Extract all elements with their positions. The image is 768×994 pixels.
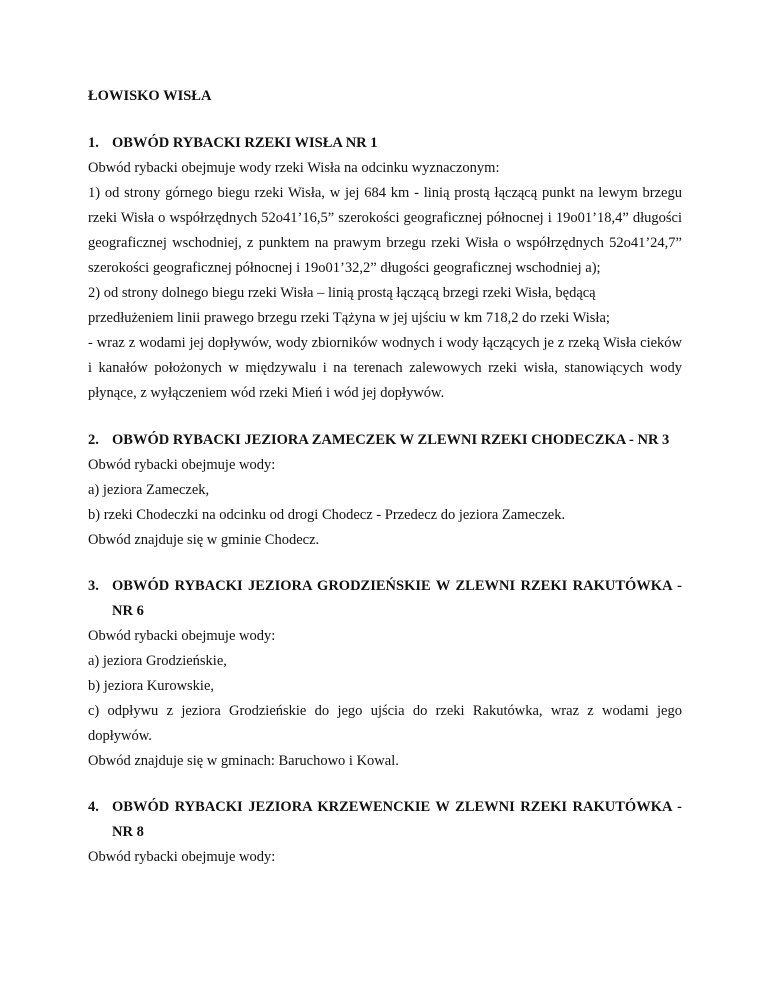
section-heading: 1. OBWÓD RYBACKI RZEKI WISŁA NR 1	[88, 131, 682, 156]
paragraph: Obwód znajduje się w gminie Chodecz.	[88, 528, 682, 553]
section-2: 2. OBWÓD RYBACKI JEZIORA ZAMECZEK W ZLEW…	[88, 428, 682, 553]
paragraph: Obwód rybacki obejmuje wody:	[88, 624, 682, 649]
section-heading-text: OBWÓD RYBACKI RZEKI WISŁA NR 1	[112, 131, 682, 156]
paragraph: c) odpływu z jeziora Grodzieńskie do jeg…	[88, 699, 682, 749]
section-number: 2.	[88, 428, 112, 453]
section-number: 3.	[88, 574, 112, 599]
paragraph: 1) od strony górnego biegu rzeki Wisła, …	[88, 181, 682, 281]
paragraph: Obwód rybacki obejmuje wody rzeki Wisła …	[88, 156, 682, 181]
paragraph: b) rzeki Chodeczki na odcinku od drogi C…	[88, 503, 682, 528]
paragraph: Obwód rybacki obejmuje wody:	[88, 453, 682, 478]
paragraph: a) jeziora Grodzieńskie,	[88, 649, 682, 674]
section-heading-text: OBWÓD RYBACKI JEZIORA GRODZIEŃSKIE W ZLE…	[112, 574, 682, 624]
document-title: ŁOWISKO WISŁA	[88, 84, 682, 108]
paragraph: Obwód rybacki obejmuje wody:	[88, 845, 682, 870]
section-3: 3. OBWÓD RYBACKI JEZIORA GRODZIEŃSKIE W …	[88, 574, 682, 774]
paragraph: - wraz z wodami jej dopływów, wody zbior…	[88, 331, 682, 406]
section-number: 4.	[88, 795, 112, 820]
section-heading-text: OBWÓD RYBACKI JEZIORA ZAMECZEK W ZLEWNI …	[112, 428, 682, 453]
section-4: 4. OBWÓD RYBACKI JEZIORA KRZEWENCKIE W Z…	[88, 795, 682, 870]
section-number: 1.	[88, 131, 112, 156]
paragraph: b) jeziora Kurowskie,	[88, 674, 682, 699]
paragraph: 2) od strony dolnego biegu rzeki Wisła –…	[88, 281, 682, 331]
section-heading: 4. OBWÓD RYBACKI JEZIORA KRZEWENCKIE W Z…	[88, 795, 682, 845]
section-1: 1. OBWÓD RYBACKI RZEKI WISŁA NR 1 Obwód …	[88, 131, 682, 406]
section-heading-text: OBWÓD RYBACKI JEZIORA KRZEWENCKIE W ZLEW…	[112, 795, 682, 845]
paragraph: a) jeziora Zameczek,	[88, 478, 682, 503]
section-heading: 3. OBWÓD RYBACKI JEZIORA GRODZIEŃSKIE W …	[88, 574, 682, 624]
section-heading: 2. OBWÓD RYBACKI JEZIORA ZAMECZEK W ZLEW…	[88, 428, 682, 453]
paragraph: Obwód znajduje się w gminach: Baruchowo …	[88, 749, 682, 774]
document-page: ŁOWISKO WISŁA 1. OBWÓD RYBACKI RZEKI WIS…	[88, 84, 682, 870]
